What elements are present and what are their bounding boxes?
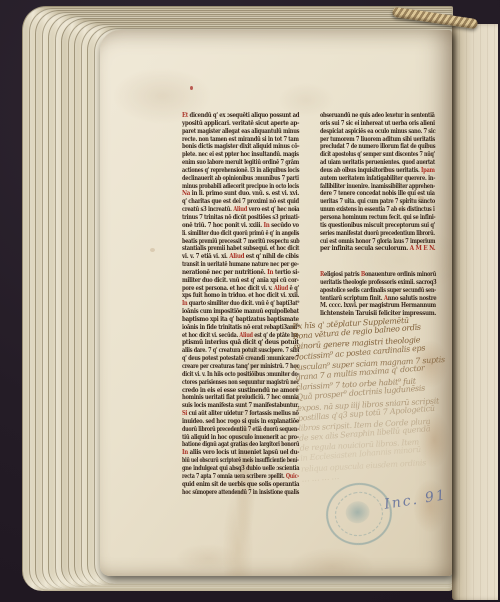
left-text-column: Et dicendū q' ex ɔsequēti aliquo possunt… (182, 112, 299, 496)
red-ink-speck (190, 86, 193, 90)
right-text-column: obseruandū ne quis adeo lexetur in sente… (320, 112, 435, 253)
foxing-spot (150, 248, 155, 252)
colophon: Religiosi patris Bonauenture ordinis min… (320, 271, 436, 318)
facing-page-edge (452, 24, 498, 600)
manuscript-annotation: Ex hīs q' ɔtēplatur SupplemētūBona vētur… (292, 313, 450, 485)
photograph-background: Et dicendū q' ex ɔsequēti aliquo possunt… (0, 0, 500, 602)
